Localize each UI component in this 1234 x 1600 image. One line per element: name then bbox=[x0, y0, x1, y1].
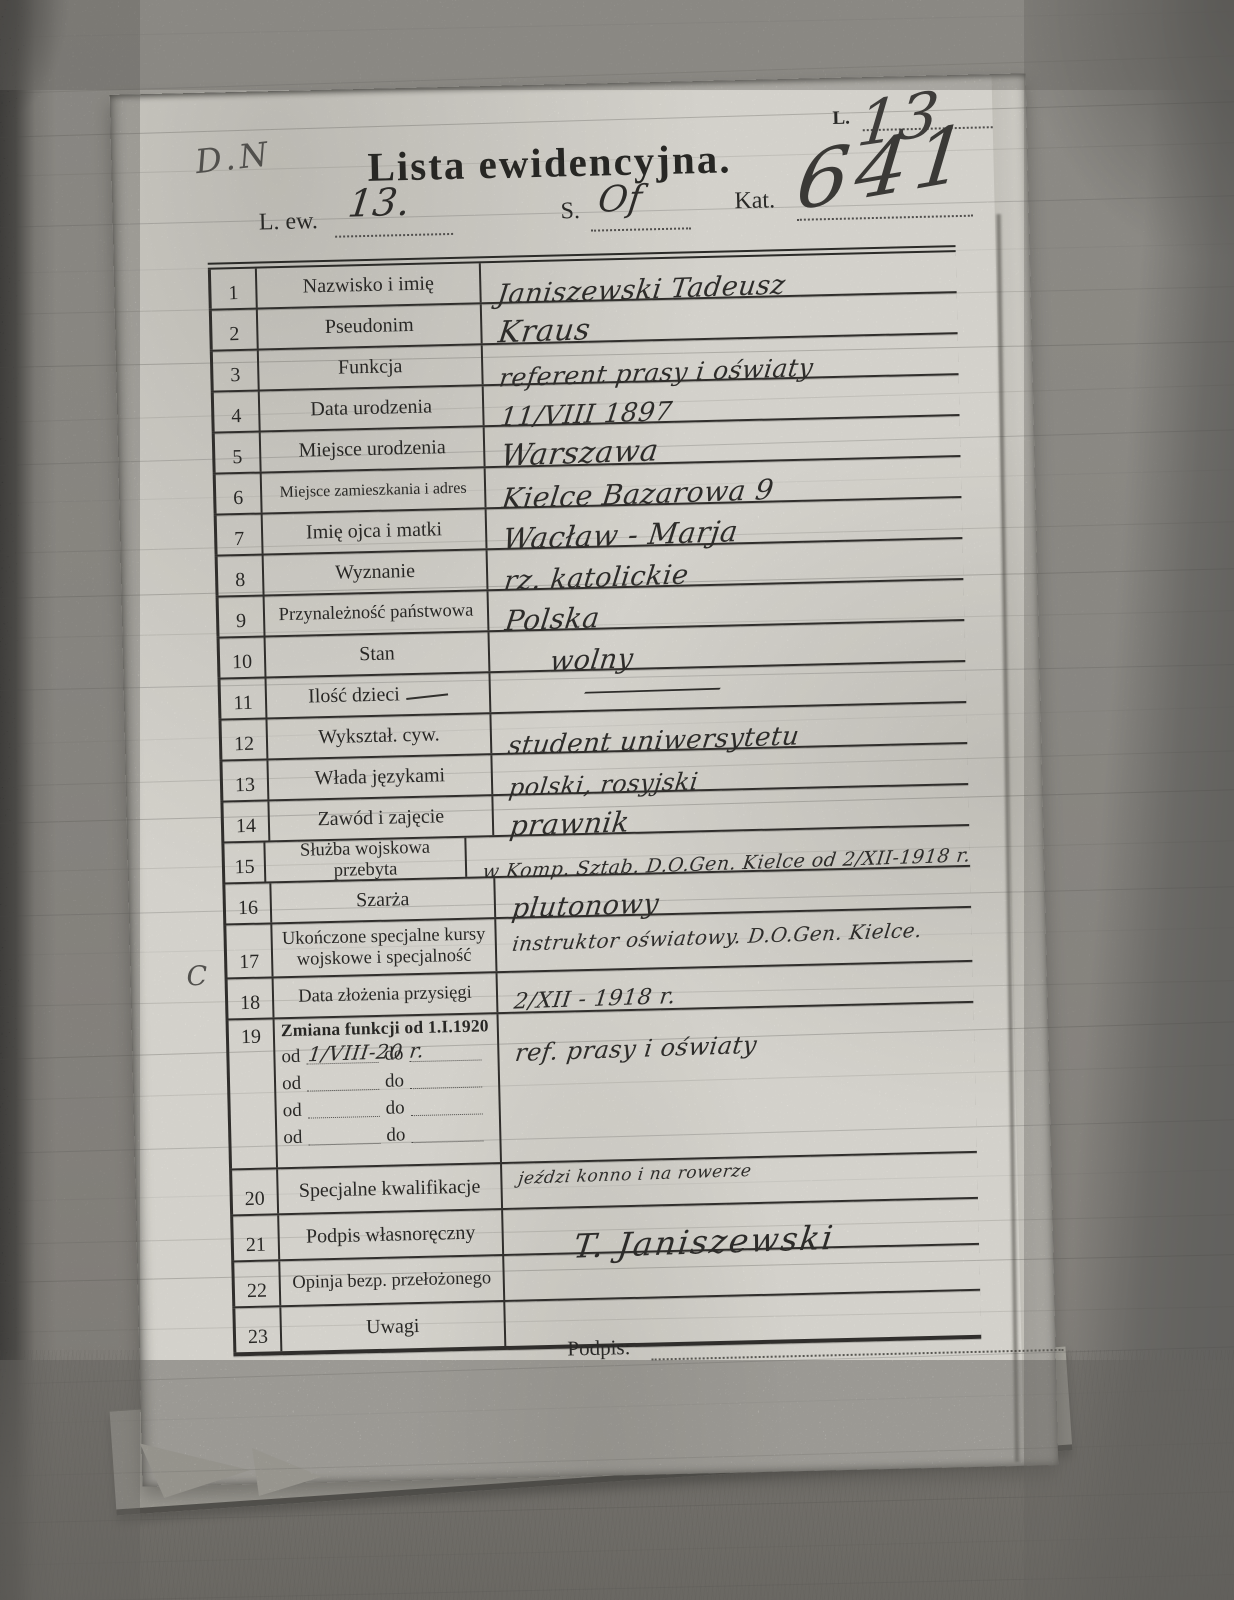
row-label: Data złożenia przysięgi bbox=[274, 973, 499, 1017]
row-value: instruktor oświatowy. D.O.Gen. Kielce. bbox=[511, 918, 924, 956]
row-label: Miejsce zamieszkania i adres bbox=[262, 468, 487, 512]
row-number: 12 bbox=[218, 719, 268, 759]
row-label: Ukończone specjalne kursy wojskowe i spe… bbox=[272, 919, 497, 976]
row-number: 4 bbox=[211, 392, 261, 432]
row-value: Kraus bbox=[496, 312, 592, 350]
lew-field-line bbox=[335, 233, 453, 238]
row-number: 10 bbox=[217, 637, 267, 677]
l-field-label: L. bbox=[832, 108, 850, 130]
row-label: Imię ojca i matki bbox=[263, 509, 488, 553]
pen-dash-mark bbox=[406, 693, 448, 700]
row-value: ref. prasy i oświaty bbox=[513, 1031, 758, 1067]
row-label: Ilość dzieci bbox=[308, 684, 400, 709]
row-number: 15 bbox=[221, 843, 266, 883]
podpis-label: Podpis: bbox=[567, 1335, 631, 1361]
row-value: plutonowy bbox=[510, 888, 661, 924]
row-number: 20 bbox=[229, 1169, 279, 1214]
row-value: prawnik bbox=[508, 805, 632, 842]
row-value: — bbox=[575, 672, 733, 707]
row-label: Szarża bbox=[271, 878, 496, 922]
row-number: 22 bbox=[231, 1261, 281, 1306]
row-number: 8 bbox=[215, 555, 265, 595]
row-label: Specjalne kwalifikacje bbox=[278, 1164, 503, 1213]
row-value: Polska bbox=[503, 601, 602, 637]
row-label: Włada językami bbox=[268, 755, 493, 799]
row-number: 16 bbox=[222, 883, 272, 923]
evidence-form-table: 1Nazwisko i imięJaniszewski Tadeusz 2Pse… bbox=[208, 245, 982, 1356]
row-number: 6 bbox=[213, 474, 263, 514]
row-number: 11 bbox=[218, 678, 268, 718]
scanned-document: D.N Lista ewidencyjna. L. 13 L. ew. 13. … bbox=[0, 0, 1234, 1600]
kat-field-value: 641 bbox=[792, 106, 977, 229]
row-label: Data urodzenia bbox=[260, 386, 485, 430]
row-number: 17 bbox=[223, 924, 273, 977]
row-number: 2 bbox=[209, 310, 259, 350]
lew-field-value: 13. bbox=[346, 180, 413, 226]
od-do-line: oddo bbox=[283, 1117, 498, 1149]
row-number: 5 bbox=[212, 433, 262, 473]
row-number: 18 bbox=[225, 978, 275, 1018]
row-number: 1 bbox=[208, 269, 258, 309]
row-label: Służba wojskowa przebyta bbox=[266, 838, 467, 882]
row-label: Nazwisko i imię bbox=[257, 263, 482, 307]
row-value: Warszawa bbox=[499, 433, 661, 473]
row-number: 19 bbox=[226, 1019, 278, 1168]
lew-field-label: L. ew. bbox=[258, 208, 318, 236]
od-field-value: 1/VIII-20 r. bbox=[307, 1039, 426, 1065]
row-number: 9 bbox=[216, 596, 266, 636]
row-number: 21 bbox=[230, 1215, 280, 1260]
row-number: 7 bbox=[214, 514, 264, 554]
scan-corner-shadow bbox=[0, 0, 70, 120]
row-value: wolny bbox=[548, 643, 635, 677]
scan-right-corner-shadow bbox=[1024, 0, 1234, 260]
od-field-line: 1/VIII-20 r. bbox=[307, 1062, 379, 1065]
row-value: rz. katolickie bbox=[502, 559, 690, 596]
row-label: Opinja bezp. przełożonego bbox=[280, 1256, 505, 1305]
row-number: 23 bbox=[232, 1307, 282, 1352]
row-label: Funkcja bbox=[259, 345, 484, 389]
s-field-label: S. bbox=[560, 198, 580, 225]
row-label: Podpis własnoręczny bbox=[279, 1210, 504, 1259]
row-label: Stan bbox=[266, 632, 491, 676]
kat-field-label: Kat. bbox=[734, 187, 775, 215]
row-label: Przynależność państwowa bbox=[265, 591, 490, 635]
row-label: Pseudonim bbox=[258, 304, 483, 348]
form-page: D.N Lista ewidencyjna. L. 13 L. ew. 13. … bbox=[110, 73, 1059, 1486]
row-value: 11/VIII 1897 bbox=[498, 397, 674, 433]
row-number: 13 bbox=[219, 760, 269, 800]
row-label: Miejsce urodzenia bbox=[261, 427, 486, 471]
margin-mark: C bbox=[186, 961, 207, 992]
table-row-19: 19 Zmiana funkcji od 1.I.1920 od1/VIII-2… bbox=[226, 1003, 977, 1171]
row-number: 14 bbox=[220, 801, 270, 841]
row-label: Wyznanie bbox=[264, 550, 489, 594]
podpis-line bbox=[652, 1349, 1064, 1361]
s-field-value: Of bbox=[596, 178, 645, 221]
row-label: Zawód i zajęcie bbox=[269, 796, 494, 840]
s-field-line bbox=[591, 227, 691, 231]
row-number: 3 bbox=[210, 351, 260, 391]
row-label: Uwagi bbox=[281, 1302, 506, 1351]
row-value: jeździ konno i na rowerze bbox=[517, 1161, 753, 1189]
row-label: Wykształ. cyw. bbox=[267, 714, 492, 758]
